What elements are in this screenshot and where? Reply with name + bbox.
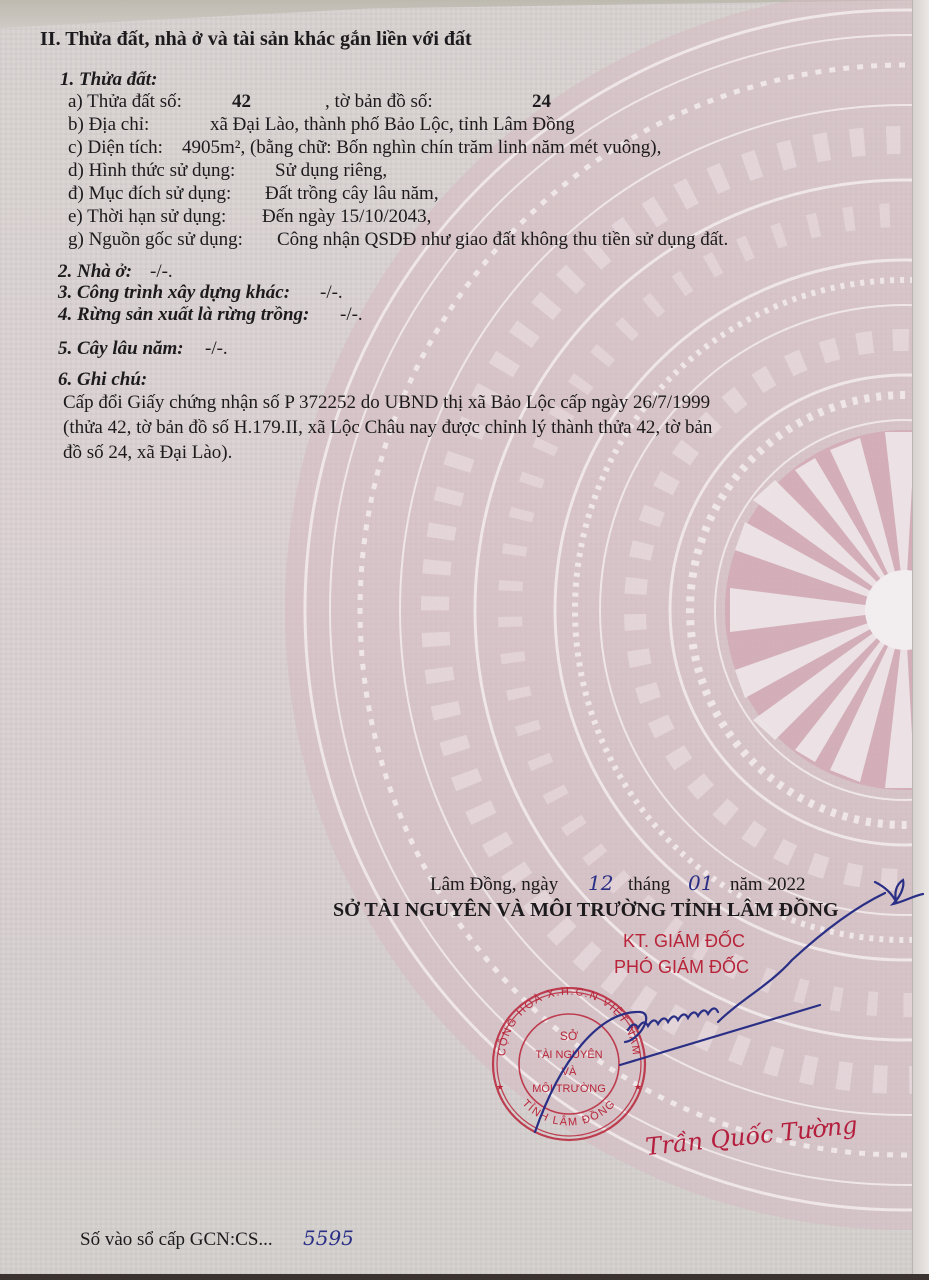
- registry-label: Số vào sổ cấp GCN:CS...: [80, 1230, 273, 1249]
- handwritten-signature: [0, 0, 929, 1280]
- registry-number: 5595: [303, 1228, 354, 1248]
